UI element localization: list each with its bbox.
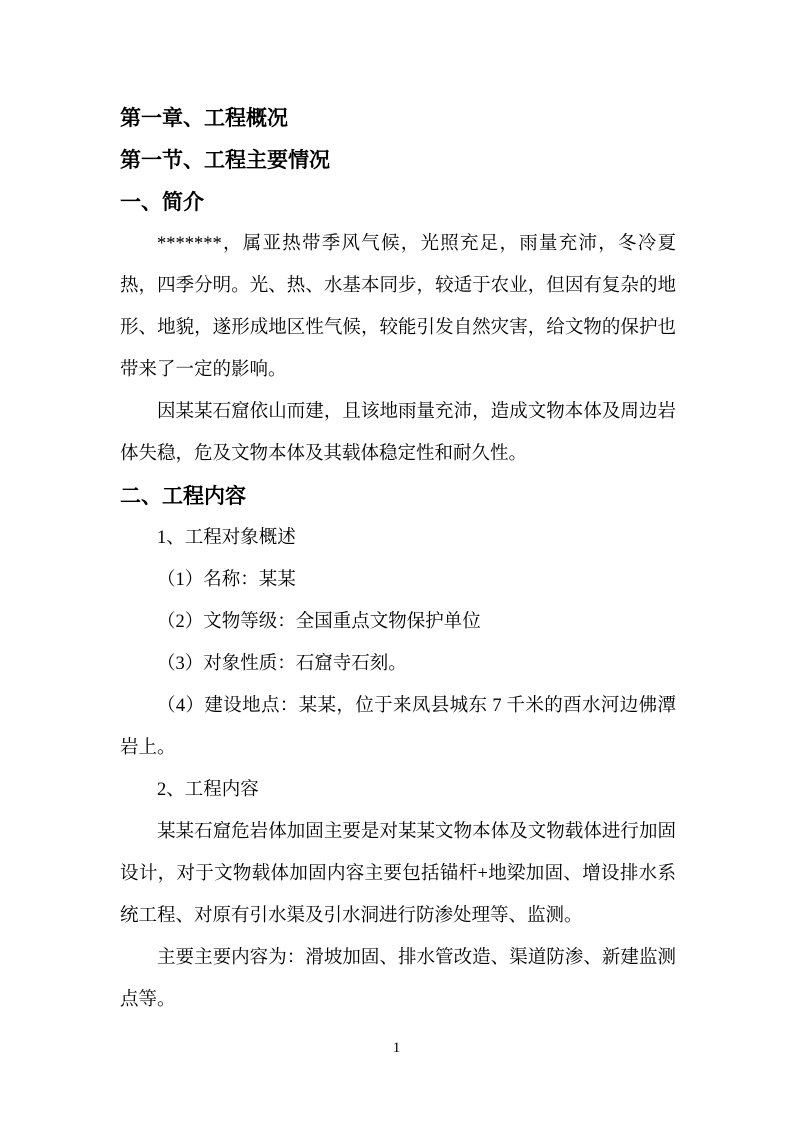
list-item-project-object-overview: 1、工程对象概述	[120, 517, 676, 559]
list-item-name: （1）名称：某某	[120, 559, 676, 601]
list-item-construction-site: （4）建设地点：某某，位于来凤县城东 7 千米的酉水河边佛潭岩上。	[120, 685, 676, 769]
page-number: 1	[0, 1040, 793, 1057]
subsection-heading-project-content: 二、工程内容	[120, 475, 676, 517]
paragraph-reinforcement-design: 某某石窟危岩体加固主要是对某某文物本体及文物载体进行加固设计，对于文物载体加固内…	[120, 811, 676, 937]
chapter-heading: 第一章、工程概况	[120, 97, 676, 139]
list-item-object-nature: （3）对象性质：石窟寺石刻。	[120, 643, 676, 685]
list-item-relic-grade: （2）文物等级：全国重点文物保护单位	[120, 601, 676, 643]
list-item-project-content: 2、工程内容	[120, 769, 676, 811]
paragraph-main-content: 主要主要内容为：滑坡加固、排水管改造、渠道防渗、新建监测点等。	[120, 937, 676, 1021]
subsection-heading-intro: 一、简介	[120, 181, 676, 223]
paragraph-grotto-risk: 因某某石窟依山而建，且该地雨量充沛，造成文物本体及周边岩体失稳，危及文物本体及其…	[120, 391, 676, 475]
document-body: 第一章、工程概况 第一节、工程主要情况 一、简介 *******，属亚热带季风气…	[120, 97, 676, 1021]
section-heading: 第一节、工程主要情况	[120, 139, 676, 181]
document-page: 第一章、工程概况 第一节、工程主要情况 一、简介 *******，属亚热带季风气…	[0, 0, 793, 1122]
paragraph-climate: *******，属亚热带季风气候，光照充足，雨量充沛，冬冷夏热，四季分明。光、热…	[120, 223, 676, 391]
